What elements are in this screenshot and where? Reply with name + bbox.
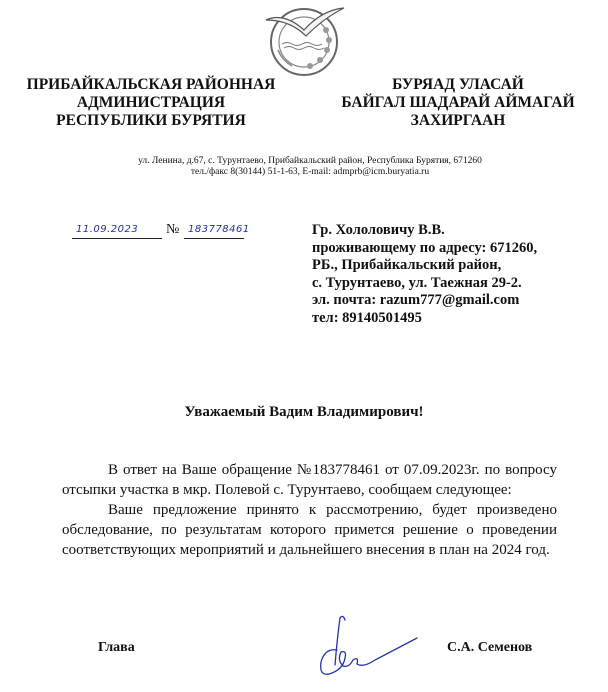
letter-body: В ответ на Ваше обращение №183778461 от … [62, 460, 557, 560]
org-line: РЕСПУБЛИКИ БУРЯТИЯ [20, 112, 282, 130]
recipient-address-line: проживающему по адресу: 671260, [312, 240, 537, 258]
address-line: ул. Ленина, д.67, с. Турунтаево, Прибайк… [60, 156, 560, 167]
signatory-name: С.А. Семенов [447, 640, 532, 656]
body-paragraph: В ответ на Ваше обращение №183778461 от … [62, 460, 557, 500]
registration-number: 183778461 [188, 224, 250, 235]
org-name-russian: ПРИБАЙКАЛЬСКАЯ РАЙОННАЯ АДМИНИСТРАЦИЯ РЕ… [20, 76, 282, 130]
body-paragraph: Ваше предложение принято к рассмотрению,… [62, 500, 557, 560]
recipient-address-line: с. Турунтаево, ул. Таежная 29-2. [312, 275, 537, 293]
district-emblem-icon [262, 0, 346, 78]
signatory-title: Глава [98, 640, 135, 656]
salutation: Уважаемый Вадим Владимирович! [0, 404, 608, 421]
org-name-buryat: БУРЯАД УЛАСАЙ БАЙГАЛ ШАДАРАЙ АЙМАГАЙ ЗАХ… [322, 76, 594, 130]
contact-line: тел./факс 8(30144) 51-1-63, E-mail: admp… [60, 167, 560, 178]
registration-number-field: 183778461 [184, 222, 244, 239]
recipient-phone: тел: 89140501495 [312, 310, 537, 328]
org-line: БУРЯАД УЛАСАЙ [322, 76, 594, 94]
org-line: ЗАХИРГААН [322, 112, 594, 130]
recipient-email: эл. почта: razum777@gmail.com [312, 292, 537, 310]
org-line: БАЙГАЛ ШАДАРАЙ АЙМАГАЙ [322, 94, 594, 112]
number-sign: № [166, 222, 179, 238]
recipient-name: Гр. Хололовичу В.В. [312, 222, 537, 240]
registration-date-field: 11.09.2023 [72, 222, 162, 239]
recipient-address-line: РБ., Прибайкальский район, [312, 257, 537, 275]
org-address: ул. Ленина, д.67, с. Турунтаево, Прибайк… [60, 156, 560, 178]
recipient-block: Гр. Хололовичу В.В. проживающему по адре… [312, 222, 537, 327]
registration-date: 11.09.2023 [76, 224, 138, 235]
handwritten-signature-icon [315, 610, 425, 680]
org-line: АДМИНИСТРАЦИЯ [20, 94, 282, 112]
org-line: ПРИБАЙКАЛЬСКАЯ РАЙОННАЯ [20, 76, 282, 94]
